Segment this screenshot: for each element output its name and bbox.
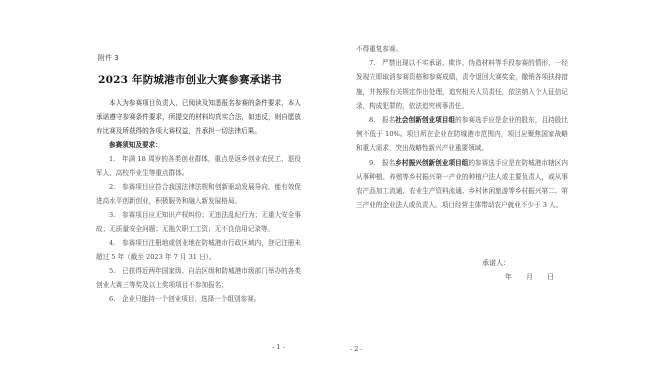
requirement-item-9: 9. 报名乡村振兴创新创业项目组的参赛选手应是在防城港市辖区内从事种植、养殖等乡… <box>356 156 568 213</box>
item9-prefix: 9. 报名 <box>369 159 395 167</box>
continuation-text: 不得重复参赛。 <box>356 42 568 56</box>
signature-date: 年月日 <box>505 272 568 282</box>
page-number: - 1 - <box>272 343 285 351</box>
requirement-item-2: 2. 参赛项目应符合我国法律法规和创新驱动发展导向，能有效促进高水平创新创业，积… <box>96 180 301 208</box>
requirement-item-6: 6. 企业只能持一个创业项目、选择一个组别参赛。 <box>96 292 301 306</box>
page1-body: 本人为参赛项目负责人，已阅读及知悉报名参赛的条件要求，本人承诺遵守参赛条件要求，… <box>96 96 301 306</box>
date-day: 日 <box>547 273 554 281</box>
requirement-item-3: 3. 参赛项目应无知识产权纠纷；无违法乱纪行为；无重大安全事故；无质量安全问题；… <box>96 208 301 236</box>
page-number: - 2 - <box>350 345 363 353</box>
requirement-item-8: 8. 报名社会创新创业项目组的参赛选手应是企业的股东，且持股比例不低于 10%。… <box>356 113 568 156</box>
requirement-item-4: 4. 参赛项目注册地或创业地在防城港市行政区域内，登记注册未超过 5 年（截至 … <box>96 236 301 264</box>
date-month: 月 <box>526 273 533 281</box>
date-year: 年 <box>505 273 512 281</box>
document-title: 2023 年防城港市创业大赛参赛承诺书 <box>70 72 310 87</box>
document-page-1: 附件 3 2023 年防城港市创业大赛参赛承诺书 本人为参赛项目负责人，已阅读及… <box>0 0 330 371</box>
page2-body: 不得重复参赛。 7. 严禁出现以不实承诺、欺诈、伪造材料等手段参赛的情形，一经发… <box>356 42 568 212</box>
attachment-label: 附件 3 <box>98 53 119 63</box>
document-page-2: 不得重复参赛。 7. 严禁出现以不实承诺、欺诈、伪造材料等手段参赛的情形，一经发… <box>330 0 660 371</box>
item8-prefix: 8. 报名 <box>369 116 395 124</box>
signer-label: 承诺人： <box>482 258 510 268</box>
item9-group: 乡村振兴创新创业项目组 <box>395 159 468 167</box>
requirement-item-1: 1. 年满 18 周岁的各类创业群体，重点是返乡创业农民工、退役军人、高校毕业生… <box>96 152 301 180</box>
requirement-item-5: 5. 已获得近两年国家级、自治区级和防城港市级部门举办的各类创业大赛三等奖及以上… <box>96 264 301 292</box>
item8-group: 社会创新创业项目组 <box>395 116 455 124</box>
commitment-paragraph: 本人为参赛项目负责人，已阅读及知悉报名参赛的条件要求，本人承诺遵守参赛条件要求，… <box>96 96 301 138</box>
requirements-heading: 参赛须知及要求： <box>96 138 301 152</box>
requirement-item-7: 7. 严禁出现以不实承诺、欺诈、伪造材料等手段参赛的情形，一经发现立即取消参赛资… <box>356 56 568 113</box>
